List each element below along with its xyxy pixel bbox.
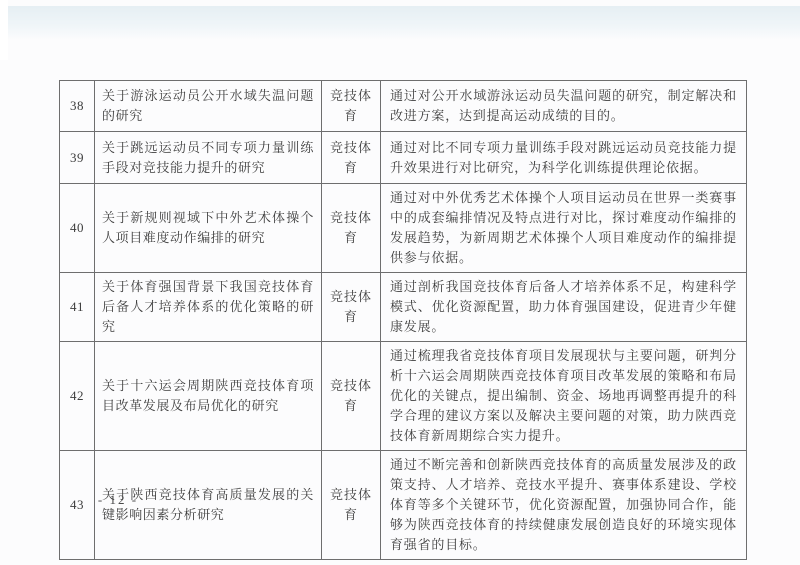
- description-cell: 通过对公开水域游泳运动员失温问题的研究，制定解决和改进方案，达到提高运动成绩的目…: [381, 81, 747, 132]
- row-number-cell: 42: [60, 342, 95, 451]
- research-topics-table: 38 关于游泳运动员公开水域失温问题的研究 竞技体育 通过对公开水域游泳运动员失…: [59, 80, 747, 560]
- description-cell: 通过不断完善和创新陕西竞技体育的高质量发展涉及的政策支持、人才培养、竞技水平提升…: [381, 451, 747, 560]
- table-row: 42 关于十六运会周期陕西竞技体育项目改革发展及布局优化的研究 竞技体育 通过梳…: [60, 342, 747, 451]
- description-cell: 通过剖析我国竞技体育后备人才培养体系不足，构建科学模式、优化资源配置，助力体育强…: [381, 273, 747, 342]
- category-cell: 竞技体育: [322, 184, 381, 273]
- row-number-cell: 41: [60, 273, 95, 342]
- topic-title-cell: 关于新规则视域下中外艺术体操个人项目难度动作编排的研究: [95, 184, 322, 273]
- row-number-cell: 40: [60, 184, 95, 273]
- category-cell: 竞技体育: [322, 132, 381, 184]
- description-cell: 通过梳理我省竞技体育项目发展现状与主要问题，研判分析十六运会周期陕西竞技体育项目…: [381, 342, 747, 451]
- topic-title-cell: 关于十六运会周期陕西竞技体育项目改革发展及布局优化的研究: [95, 342, 322, 451]
- table-body: 38 关于游泳运动员公开水域失温问题的研究 竞技体育 通过对公开水域游泳运动员失…: [60, 81, 747, 560]
- category-cell: 竞技体育: [322, 81, 381, 132]
- table-row: 43 关于陕西竞技体育高质量发展的关键影响因素分析研究 竞技体育 通过不断完善和…: [60, 451, 747, 560]
- topic-title-cell: 关于游泳运动员公开水域失温问题的研究: [95, 81, 322, 132]
- description-cell: 通过对中外优秀艺术体操个人项目运动员在世界一类赛事中的成套编排情况及特点进行对比…: [381, 184, 747, 273]
- topic-title-cell: 关于跳远运动员不同专项力量训练手段对竞技能力提升的研究: [95, 132, 322, 184]
- category-cell: 竞技体育: [322, 342, 381, 451]
- row-number-cell: 38: [60, 81, 95, 132]
- description-cell: 通过对比不同专项力量训练手段对跳远运动员竞技能力提升效果进行对比研究，为科学化训…: [381, 132, 747, 184]
- table-row: 39 关于跳远运动员不同专项力量训练手段对竞技能力提升的研究 竞技体育 通过对比…: [60, 132, 747, 184]
- scan-artifact-band: [0, 6, 800, 40]
- category-cell: 竞技体育: [322, 451, 381, 560]
- category-cell: 竞技体育: [322, 273, 381, 342]
- topic-title-cell: 关于体育强国背景下我国竞技体育后备人才培养体系的优化策略的研究: [95, 273, 322, 342]
- page-number: - 12 -: [90, 492, 146, 508]
- row-number-cell: 39: [60, 132, 95, 184]
- scan-artifact-left-edge: [0, 0, 8, 60]
- table-row: 38 关于游泳运动员公开水域失温问题的研究 竞技体育 通过对公开水域游泳运动员失…: [60, 81, 747, 132]
- table-row: 41 关于体育强国背景下我国竞技体育后备人才培养体系的优化策略的研究 竞技体育 …: [60, 273, 747, 342]
- table-row: 40 关于新规则视域下中外艺术体操个人项目难度动作编排的研究 竞技体育 通过对中…: [60, 184, 747, 273]
